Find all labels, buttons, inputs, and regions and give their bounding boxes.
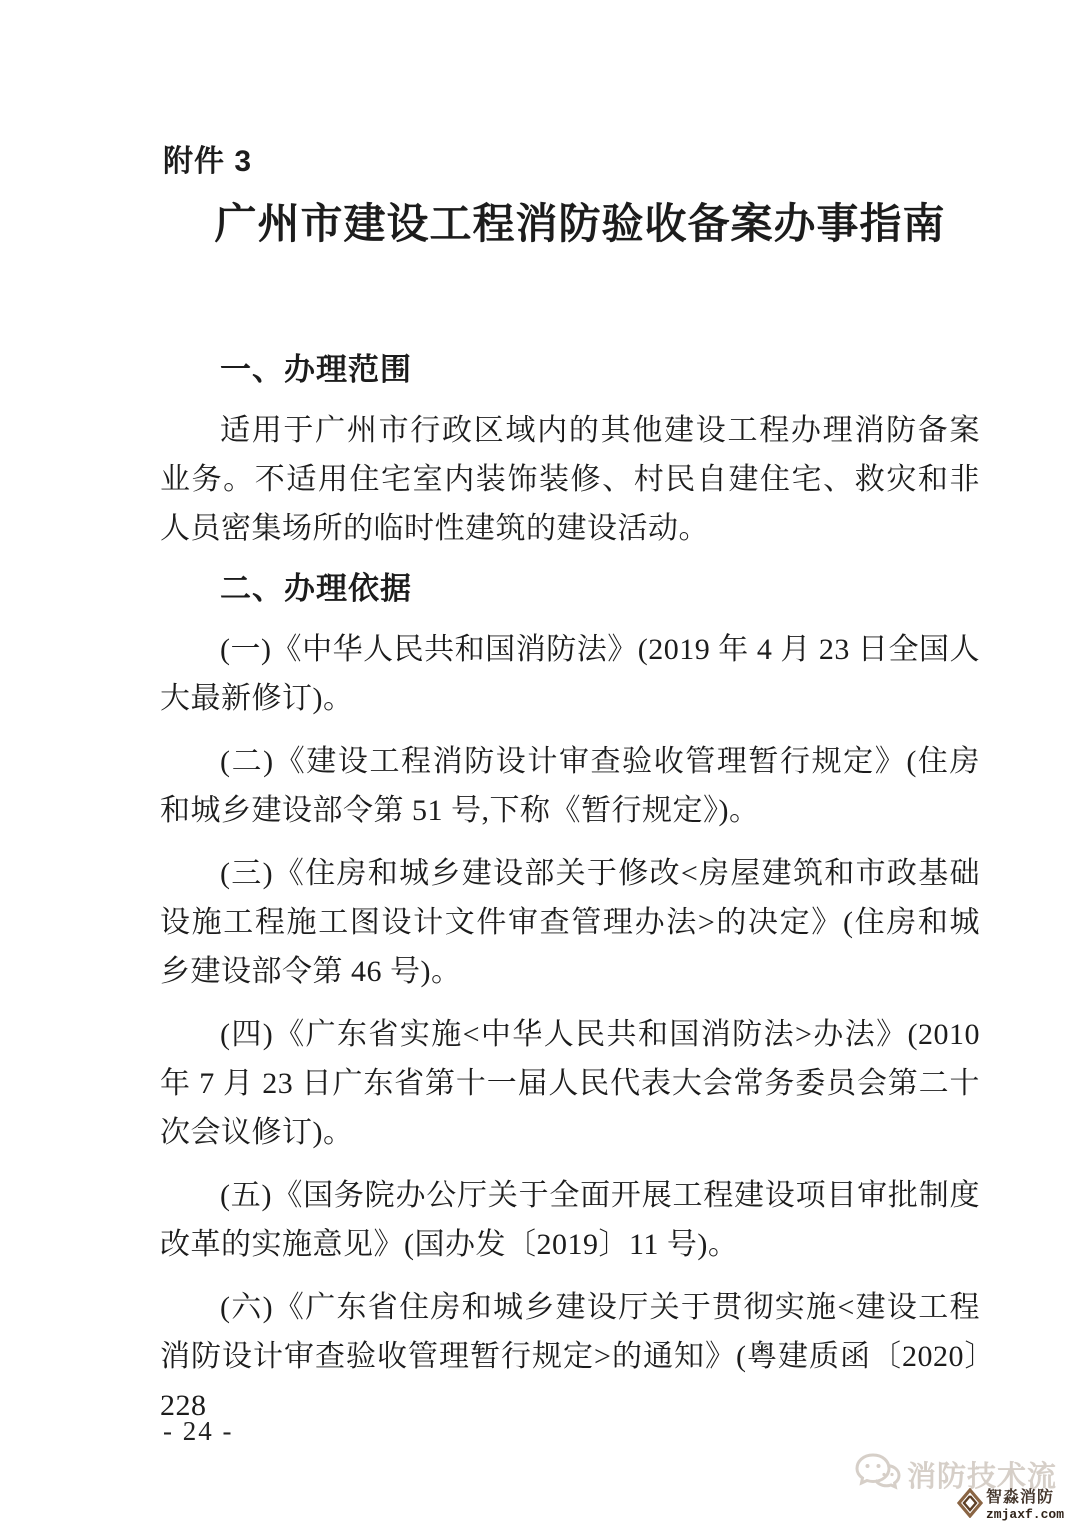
wechat-bubbles-icon: [854, 1452, 902, 1497]
section-heading-basis: 二、办理依据: [220, 567, 980, 611]
page-number: - 24 -: [163, 1416, 233, 1447]
paragraph-basis-item-4: (四)《广东省实施<中华人民共和国消防法>办法》(2010 年 7 月 23 日…: [160, 1010, 980, 1157]
watermark-brand: 智淼消防 zmjaxf.com: [957, 1488, 1064, 1523]
document-page: 附件 3 广州市建设工程消防验收备案办事指南 一、办理范围 适用于广州市行政区域…: [0, 0, 1080, 1527]
attachment-label: 附件 3: [163, 136, 252, 180]
paragraph-basis-item-5: (五)《国务院办公厅关于全面开展工程建设项目审批制度改革的实施意见》(国办发〔2…: [160, 1171, 980, 1269]
page-title: 广州市建设工程消防验收备案办事指南: [160, 191, 1000, 251]
paragraph-scope: 适用于广州市行政区域内的其他建设工程办理消防备案业务。不适用住宅室内装饰装修、村…: [160, 406, 980, 553]
paragraph-basis-item-3: (三)《住房和城乡建设部关于修改<房屋建筑和市政基础设施工程施工图设计文件审查管…: [160, 849, 980, 996]
paragraph-basis-item-1: (一)《中华人民共和国消防法》(2019 年 4 月 23 日全国人大最新修订)…: [160, 625, 980, 723]
watermark-brand-url: zmjaxf.com: [986, 1508, 1064, 1521]
paragraph-basis-item-6: (六)《广东省住房和城乡建设厅关于贯彻实施<建设工程消防设计审查验收管理暂行规定…: [160, 1283, 980, 1430]
zhimiao-diamond-logo-icon: [957, 1488, 983, 1523]
paragraph-basis-item-2: (二)《建设工程消防设计审查验收管理暂行规定》(住房和城乡建设部令第 51 号,…: [160, 737, 980, 835]
document-body: 一、办理范围 适用于广州市行政区域内的其他建设工程办理消防备案业务。不适用住宅室…: [160, 334, 980, 1430]
section-heading-scope: 一、办理范围: [220, 348, 980, 392]
watermark-brand-name: 智淼消防: [986, 1490, 1064, 1506]
